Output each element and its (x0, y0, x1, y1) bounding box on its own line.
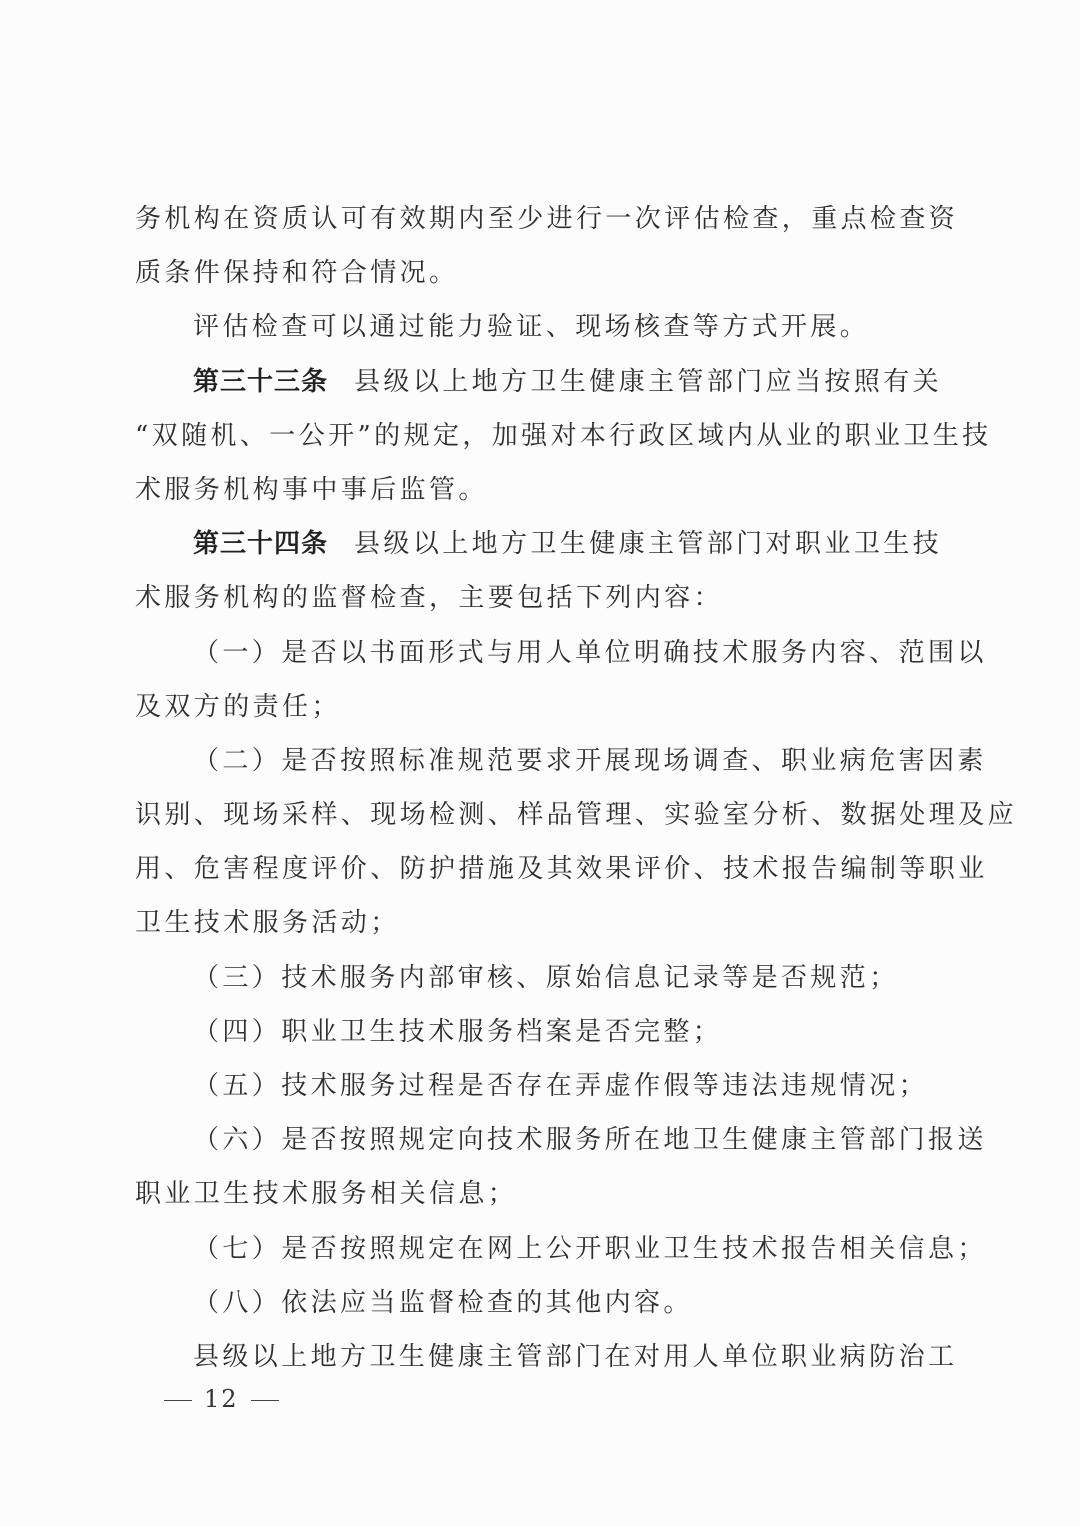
text-line: 县级以上地方卫生健康主管部门应当按照有关 (354, 367, 942, 397)
text-line: 卫生技术服务活动； (135, 896, 935, 950)
list-item: （一）是否以书面形式与用人单位明确技术服务内容、范围以 (135, 626, 935, 680)
list-item: （二）是否按照标准规范要求开展现场调查、职业病危害因素 (135, 734, 935, 788)
text-line: 务机构在资质认可有效期内至少进行一次评估检查，重点检查资 (135, 192, 935, 246)
text-line: 术服务机构的监督检查，主要包括下列内容： (135, 571, 935, 625)
text-line: “双随机、一公开”的规定，加强对本行政区域内从业的职业卫生技 (135, 409, 935, 463)
list-item: （八）依法应当监督检查的其他内容。 (135, 1276, 935, 1330)
list-item: （五）技术服务过程是否存在弄虚作假等违法违规情况； (135, 1059, 935, 1113)
dash-right (251, 1400, 279, 1401)
text-line: 评估检查可以通过能力验证、现场核查等方式开展。 (135, 300, 935, 354)
text-line: 术服务机构事中事后监管。 (135, 463, 935, 517)
text-line: 县级以上地方卫生健康主管部门对职业卫生技 (354, 529, 942, 559)
text-line: 县级以上地方卫生健康主管部门在对用人单位职业病防治工 (135, 1330, 935, 1384)
article-33-heading-line: 第三十三条县级以上地方卫生健康主管部门应当按照有关 (135, 355, 935, 409)
page-number-value: 12 (204, 1385, 239, 1413)
text-line: 用、危害程度评价、防护措施及其效果评价、技术报告编制等职业 (135, 842, 935, 896)
list-item: （三）技术服务内部审核、原始信息记录等是否规范； (135, 951, 935, 1005)
document-body: 务机构在资质认可有效期内至少进行一次评估检查，重点检查资 质条件保持和符合情况。… (135, 192, 935, 1384)
text-line: 质条件保持和符合情况。 (135, 246, 935, 300)
text-line: 识别、现场采样、现场检测、样品管理、实验室分析、数据处理及应 (135, 788, 935, 842)
text-line: 职业卫生技术服务相关信息； (135, 1167, 935, 1221)
list-item: （四）职业卫生技术服务档案是否完整； (135, 1005, 935, 1059)
article-heading: 第三十四条 (193, 529, 328, 559)
text-line: 及双方的责任； (135, 680, 935, 734)
document-page: 务机构在资质认可有效期内至少进行一次评估检查，重点检查资 质条件保持和符合情况。… (0, 0, 1080, 1526)
article-34-heading-line: 第三十四条县级以上地方卫生健康主管部门对职业卫生技 (135, 517, 935, 571)
list-item: （六）是否按照规定向技术服务所在地卫生健康主管部门报送 (135, 1113, 935, 1167)
article-heading: 第三十三条 (193, 367, 328, 397)
page-number: 12 (152, 1385, 291, 1413)
dash-left (164, 1400, 192, 1401)
list-item: （七）是否按照规定在网上公开职业卫生技术报告相关信息； (135, 1222, 935, 1276)
